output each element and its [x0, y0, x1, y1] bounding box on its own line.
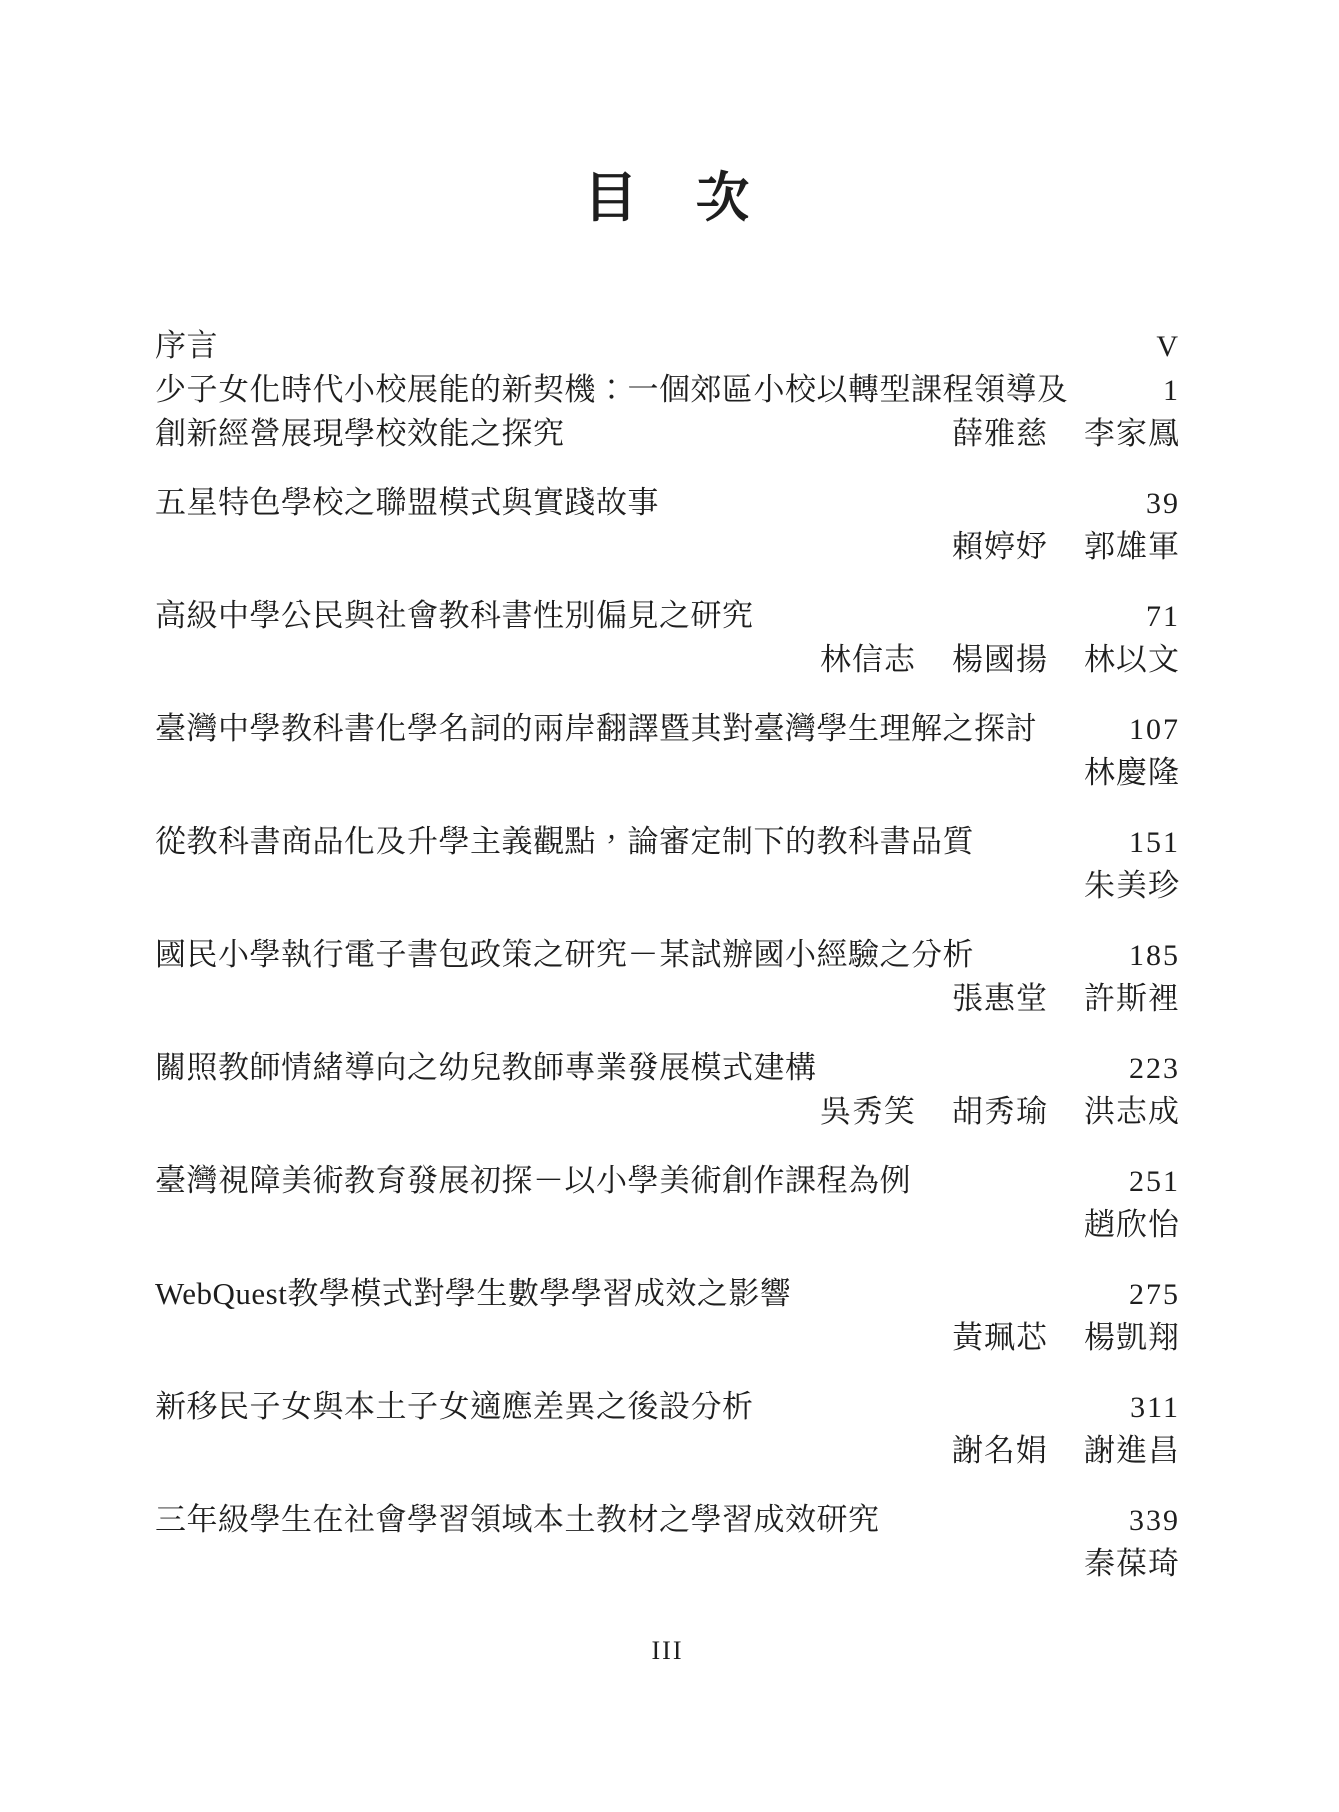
entry-author-row: 秦葆琦	[155, 1542, 1180, 1586]
entry-title-line1: 少子女化時代小校展能的新契機：一個郊區小校以轉型課程領導及	[155, 368, 1069, 412]
entry-authors: 吳秀笑 胡秀瑜 洪志成	[820, 1090, 1180, 1134]
entry-authors: 趙欣怡	[1084, 1203, 1180, 1247]
entry-author-row: 朱美珍	[155, 864, 1180, 908]
entry-page-number: 275	[1129, 1273, 1180, 1317]
table-of-contents: 序言 V 少子女化時代小校展能的新契機：一個郊區小校以轉型課程領導及 1 創新經…	[155, 324, 1180, 1586]
author-name: 謝進昌	[1084, 1429, 1180, 1473]
author-name: 楊凱翔	[1084, 1316, 1180, 1360]
entry-title-row: 新移民子女與本土子女適應差異之後設分析 311	[155, 1385, 1180, 1429]
entry-title-line1: 臺灣中學教科書化學名詞的兩岸翻譯暨其對臺灣學生理解之探討	[155, 707, 1037, 751]
entry-title-row: 從教科書商品化及升學主義觀點，論審定制下的教科書品質 151	[155, 820, 1180, 864]
entry-author-row: 謝名娟 謝進昌	[155, 1429, 1180, 1473]
author-name: 朱美珍	[1084, 864, 1180, 908]
entry-authors: 薛雅慈 李家鳳	[952, 412, 1180, 456]
entry-title-line1: 關照教師情緒導向之幼兒教師專業發展模式建構	[155, 1046, 817, 1090]
entry-title-row: 臺灣中學教科書化學名詞的兩岸翻譯暨其對臺灣學生理解之探討 107	[155, 707, 1180, 751]
entry-author-row: 林信志 楊國揚 林以文	[155, 638, 1180, 682]
entry-title-line1: 三年級學生在社會學習領域本土教材之學習成效研究	[155, 1498, 880, 1542]
author-name: 洪志成	[1084, 1090, 1180, 1134]
toc-entry: 從教科書商品化及升學主義觀點，論審定制下的教科書品質 151 朱美珍	[155, 820, 1180, 908]
toc-entry: 關照教師情緒導向之幼兒教師專業發展模式建構 223 吳秀笑 胡秀瑜 洪志成	[155, 1046, 1180, 1134]
page-title: 目 次	[155, 166, 1180, 230]
author-name: 胡秀瑜	[952, 1090, 1048, 1134]
toc-entry: 新移民子女與本土子女適應差異之後設分析 311 謝名娟 謝進昌	[155, 1385, 1180, 1473]
entry-page-number: 71	[1146, 595, 1180, 639]
author-name: 秦葆琦	[1084, 1542, 1180, 1586]
entry-page-number: 1	[1163, 369, 1180, 413]
entry-authors: 林慶隆	[1084, 751, 1180, 795]
entry-title-row: 國民小學執行電子書包政策之研究－某試辦國小經驗之分析 185	[155, 933, 1180, 977]
entry-page-number: 107	[1129, 708, 1180, 752]
entry-title-line2: 創新經營展現學校效能之探究	[155, 412, 565, 456]
entry-title-line1: WebQuest教學模式對學生數學學習成效之影響	[155, 1272, 791, 1316]
author-name: 林慶隆	[1084, 751, 1180, 795]
entry-author-row: 創新經營展現學校效能之探究 薛雅慈 李家鳳	[155, 412, 1180, 456]
entry-author-row: 趙欣怡	[155, 1203, 1180, 1247]
entry-authors: 林信志 楊國揚 林以文	[820, 638, 1180, 682]
entry-title-line1: 高級中學公民與社會教科書性別偏見之研究	[155, 594, 754, 638]
toc-entry: 臺灣視障美術教育發展初探－以小學美術創作課程為例 251 趙欣怡	[155, 1159, 1180, 1247]
entry-author-row: 林慶隆	[155, 751, 1180, 795]
author-name: 謝名娟	[952, 1429, 1048, 1473]
entry-title-row: WebQuest教學模式對學生數學學習成效之影響 275	[155, 1272, 1180, 1316]
preface-row: 序言 V	[155, 324, 1180, 368]
entry-author-row: 賴婷妤 郭雄軍	[155, 525, 1180, 569]
toc-entry: 國民小學執行電子書包政策之研究－某試辦國小經驗之分析 185 張惠堂 許斯裡	[155, 933, 1180, 1021]
toc-entry: 三年級學生在社會學習領域本土教材之學習成效研究 339 秦葆琦	[155, 1498, 1180, 1586]
entry-authors: 賴婷妤 郭雄軍	[952, 525, 1180, 569]
entry-author-row: 黃珮芯 楊凱翔	[155, 1316, 1180, 1360]
entry-title-row: 高級中學公民與社會教科書性別偏見之研究 71	[155, 594, 1180, 638]
entry-authors: 張惠堂 許斯裡	[952, 977, 1180, 1021]
author-name: 許斯裡	[1084, 977, 1180, 1021]
entry-title-row: 關照教師情緒導向之幼兒教師專業發展模式建構 223	[155, 1046, 1180, 1090]
entry-page-number: 151	[1129, 821, 1180, 865]
author-name: 楊國揚	[952, 638, 1048, 682]
entry-page-number: 185	[1129, 934, 1180, 978]
author-name: 李家鳳	[1084, 412, 1180, 456]
toc-entry: 五星特色學校之聯盟模式與實踐故事 39 賴婷妤 郭雄軍	[155, 481, 1180, 569]
entry-page-number: 251	[1129, 1160, 1180, 1204]
author-name: 郭雄軍	[1084, 525, 1180, 569]
toc-page: 目 次 序言 V 少子女化時代小校展能的新契機：一個郊區小校以轉型課程領導及 1…	[0, 0, 1339, 1812]
toc-entry: 高級中學公民與社會教科書性別偏見之研究 71 林信志 楊國揚 林以文	[155, 594, 1180, 682]
entry-title-line1: 從教科書商品化及升學主義觀點，論審定制下的教科書品質	[155, 820, 974, 864]
entry-title-row: 三年級學生在社會學習領域本土教材之學習成效研究 339	[155, 1498, 1180, 1542]
entry-title-row: 少子女化時代小校展能的新契機：一個郊區小校以轉型課程領導及 1	[155, 368, 1180, 412]
entry-page-number: 223	[1129, 1047, 1180, 1091]
author-name: 林信志	[820, 638, 916, 682]
entry-author-row: 吳秀笑 胡秀瑜 洪志成	[155, 1090, 1180, 1134]
entry-authors: 朱美珍	[1084, 864, 1180, 908]
entry-title-line1: 五星特色學校之聯盟模式與實踐故事	[155, 481, 659, 525]
toc-entry: 臺灣中學教科書化學名詞的兩岸翻譯暨其對臺灣學生理解之探討 107 林慶隆	[155, 707, 1180, 795]
toc-entry: 少子女化時代小校展能的新契機：一個郊區小校以轉型課程領導及 1 創新經營展現學校…	[155, 368, 1180, 456]
entry-page-number: 39	[1146, 482, 1180, 526]
entry-authors: 謝名娟 謝進昌	[952, 1429, 1180, 1473]
author-name: 林以文	[1084, 638, 1180, 682]
entry-page-number: 311	[1130, 1386, 1180, 1430]
author-name: 黃珮芯	[952, 1316, 1048, 1360]
entry-title-line1: 國民小學執行電子書包政策之研究－某試辦國小經驗之分析	[155, 933, 974, 977]
entry-page-number: 339	[1129, 1499, 1180, 1543]
entry-title-row: 五星特色學校之聯盟模式與實踐故事 39	[155, 481, 1180, 525]
entry-title-line1: 新移民子女與本土子女適應差異之後設分析	[155, 1385, 754, 1429]
toc-entry: WebQuest教學模式對學生數學學習成效之影響 275 黃珮芯 楊凱翔	[155, 1272, 1180, 1360]
footer-page-number: III	[155, 1636, 1180, 1666]
entry-authors: 秦葆琦	[1084, 1542, 1180, 1586]
entry-title-line1: 臺灣視障美術教育發展初探－以小學美術創作課程為例	[155, 1159, 911, 1203]
author-name: 趙欣怡	[1084, 1203, 1180, 1247]
preface-page-number: V	[1156, 325, 1180, 369]
preface-label: 序言	[155, 324, 218, 368]
entry-authors: 黃珮芯 楊凱翔	[952, 1316, 1180, 1360]
entry-title-row: 臺灣視障美術教育發展初探－以小學美術創作課程為例 251	[155, 1159, 1180, 1203]
author-name: 吳秀笑	[820, 1090, 916, 1134]
author-name: 張惠堂	[952, 977, 1048, 1021]
author-name: 賴婷妤	[952, 525, 1048, 569]
author-name: 薛雅慈	[952, 412, 1048, 456]
entry-author-row: 張惠堂 許斯裡	[155, 977, 1180, 1021]
